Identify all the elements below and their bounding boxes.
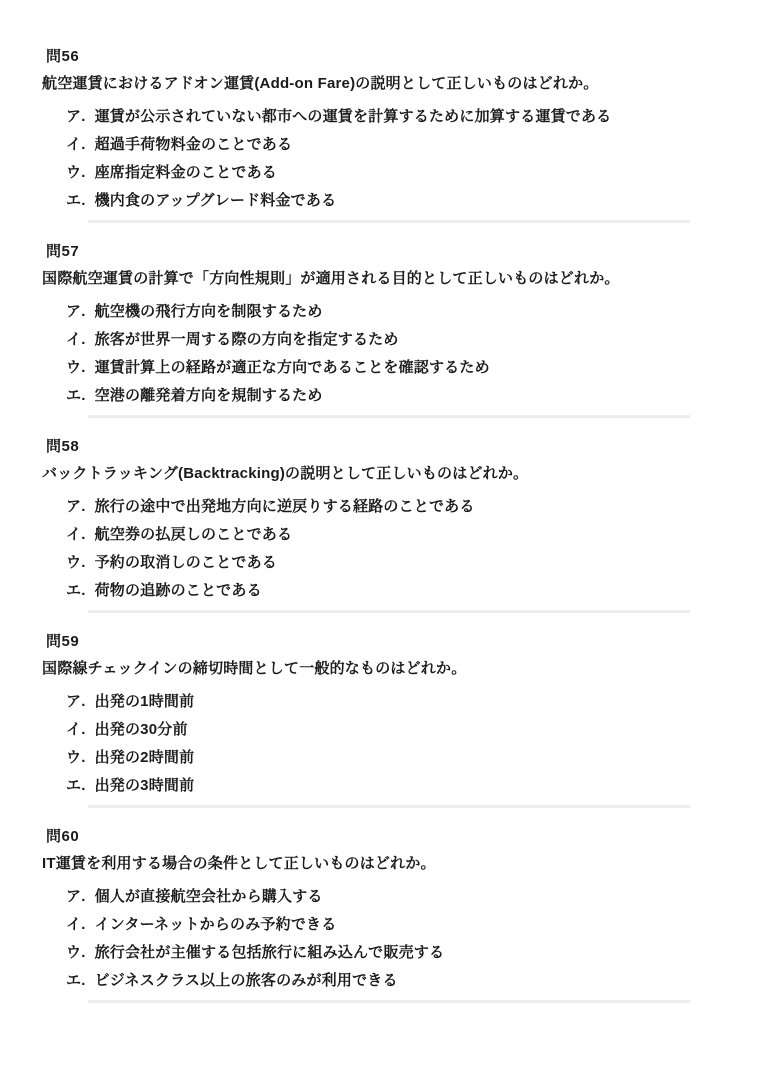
section-divider (88, 1000, 690, 1003)
option-label: ア. (66, 693, 86, 710)
option-row-i: イ. 超過手荷物料金のことである (66, 136, 724, 153)
option-text: 航空機の飛行方向を制限するため (95, 303, 724, 320)
option-text: 機内食のアップグレード料金である (95, 192, 724, 209)
option-text: 旅客が世界一周する際の方向を指定するため (95, 331, 724, 348)
option-text: 出発の2時間前 (95, 749, 724, 766)
option-row-i: イ. 航空券の払戻しのことである (66, 526, 724, 543)
option-label: エ. (66, 192, 86, 209)
option-text: 座席指定料金のことである (95, 164, 724, 181)
option-text: 出発の3時間前 (95, 777, 724, 794)
option-text: 出発の30分前 (95, 721, 724, 738)
option-label: イ. (66, 331, 86, 348)
option-label: イ. (66, 136, 86, 153)
question-stem: 国際線チェックインの締切時間として一般的なものはどれか。 (42, 660, 724, 677)
option-label: ウ. (66, 749, 86, 766)
option-text: 予約の取消しのことである (95, 554, 724, 571)
option-label: エ. (66, 387, 86, 404)
option-row-a: ア. 出発の1時間前 (66, 693, 724, 710)
question-stem: バックトラッキング(Backtracking)の説明として正しいものはどれか。 (42, 465, 724, 482)
question-stem: 航空運賃におけるアドオン運賃(Add-on Fare)の説明として正しいものはど… (42, 75, 724, 92)
option-row-a: ア. 旅行の途中で出発地方向に逆戻りする経路のことである (66, 498, 724, 515)
option-row-u: ウ. 出発の2時間前 (66, 749, 724, 766)
option-label: ウ. (66, 554, 86, 571)
options-list: ア. 個人が直接航空会社から購入する イ. インターネットからのみ予約できる ウ… (42, 888, 724, 989)
option-text: 荷物の追跡のことである (95, 582, 724, 599)
question-number: 問58 (46, 438, 724, 455)
question-number: 問57 (46, 243, 724, 260)
question-number: 問56 (46, 48, 724, 65)
exam-page: 問56 航空運賃におけるアドオン運賃(Add-on Fare)の説明として正しい… (0, 0, 764, 1080)
option-label: エ. (66, 582, 86, 599)
option-label: エ. (66, 777, 86, 794)
option-label: イ. (66, 721, 86, 738)
option-label: ウ. (66, 164, 86, 181)
option-row-e: エ. 荷物の追跡のことである (66, 582, 724, 599)
option-row-a: ア. 個人が直接航空会社から購入する (66, 888, 724, 905)
option-row-u: ウ. 旅行会社が主催する包括旅行に組み込んで販売する (66, 944, 724, 961)
option-label: ア. (66, 303, 86, 320)
option-row-i: イ. 出発の30分前 (66, 721, 724, 738)
question-number: 問60 (46, 828, 724, 845)
options-list: ア. 運賃が公示されていない都市への運賃を計算するために加算する運賃である イ.… (42, 108, 724, 209)
option-label: イ. (66, 526, 86, 543)
option-label: ア. (66, 888, 86, 905)
option-text: 個人が直接航空会社から購入する (95, 888, 724, 905)
section-divider (88, 805, 690, 808)
option-text: ビジネスクラス以上の旅客のみが利用できる (95, 972, 724, 989)
option-text: 運賃が公示されていない都市への運賃を計算するために加算する運賃である (95, 108, 724, 125)
section-divider (88, 610, 690, 613)
option-row-a: ア. 航空機の飛行方向を制限するため (66, 303, 724, 320)
option-row-i: イ. 旅客が世界一周する際の方向を指定するため (66, 331, 724, 348)
question-block-56: 問56 航空運賃におけるアドオン運賃(Add-on Fare)の説明として正しい… (42, 48, 724, 209)
option-row-u: ウ. 予約の取消しのことである (66, 554, 724, 571)
question-block-60: 問60 IT運賃を利用する場合の条件として正しいものはどれか。 ア. 個人が直接… (42, 828, 724, 989)
option-row-e: エ. 機内食のアップグレード料金である (66, 192, 724, 209)
option-text: 航空券の払戻しのことである (95, 526, 724, 543)
question-block-57: 問57 国際航空運賃の計算で「方向性規則」が適用される目的として正しいものはどれ… (42, 243, 724, 404)
option-row-e: エ. 空港の離発着方向を規制するため (66, 387, 724, 404)
option-label: ウ. (66, 944, 86, 961)
question-block-58: 問58 バックトラッキング(Backtracking)の説明として正しいものはど… (42, 438, 724, 599)
options-list: ア. 出発の1時間前 イ. 出発の30分前 ウ. 出発の2時間前 エ. 出発の3… (42, 693, 724, 794)
option-text: 旅行の途中で出発地方向に逆戻りする経路のことである (95, 498, 724, 515)
options-list: ア. 航空機の飛行方向を制限するため イ. 旅客が世界一周する際の方向を指定する… (42, 303, 724, 404)
option-row-u: ウ. 運賃計算上の経路が適正な方向であることを確認するため (66, 359, 724, 376)
section-divider (88, 220, 690, 223)
option-row-e: エ. 出発の3時間前 (66, 777, 724, 794)
section-divider (88, 415, 690, 418)
option-label: ウ. (66, 359, 86, 376)
option-label: エ. (66, 972, 86, 989)
option-text: 超過手荷物料金のことである (95, 136, 724, 153)
option-label: ア. (66, 108, 86, 125)
option-label: イ. (66, 916, 86, 933)
question-number: 問59 (46, 633, 724, 650)
option-text: 運賃計算上の経路が適正な方向であることを確認するため (95, 359, 724, 376)
option-text: 出発の1時間前 (95, 693, 724, 710)
question-stem: IT運賃を利用する場合の条件として正しいものはどれか。 (42, 855, 724, 872)
option-row-u: ウ. 座席指定料金のことである (66, 164, 724, 181)
option-text: 旅行会社が主催する包括旅行に組み込んで販売する (95, 944, 724, 961)
option-label: ア. (66, 498, 86, 515)
option-row-e: エ. ビジネスクラス以上の旅客のみが利用できる (66, 972, 724, 989)
question-block-59: 問59 国際線チェックインの締切時間として一般的なものはどれか。 ア. 出発の1… (42, 633, 724, 794)
options-list: ア. 旅行の途中で出発地方向に逆戻りする経路のことである イ. 航空券の払戻しの… (42, 498, 724, 599)
option-text: インターネットからのみ予約できる (95, 916, 724, 933)
option-row-a: ア. 運賃が公示されていない都市への運賃を計算するために加算する運賃である (66, 108, 724, 125)
question-stem: 国際航空運賃の計算で「方向性規則」が適用される目的として正しいものはどれか。 (42, 270, 724, 287)
option-text: 空港の離発着方向を規制するため (95, 387, 724, 404)
option-row-i: イ. インターネットからのみ予約できる (66, 916, 724, 933)
